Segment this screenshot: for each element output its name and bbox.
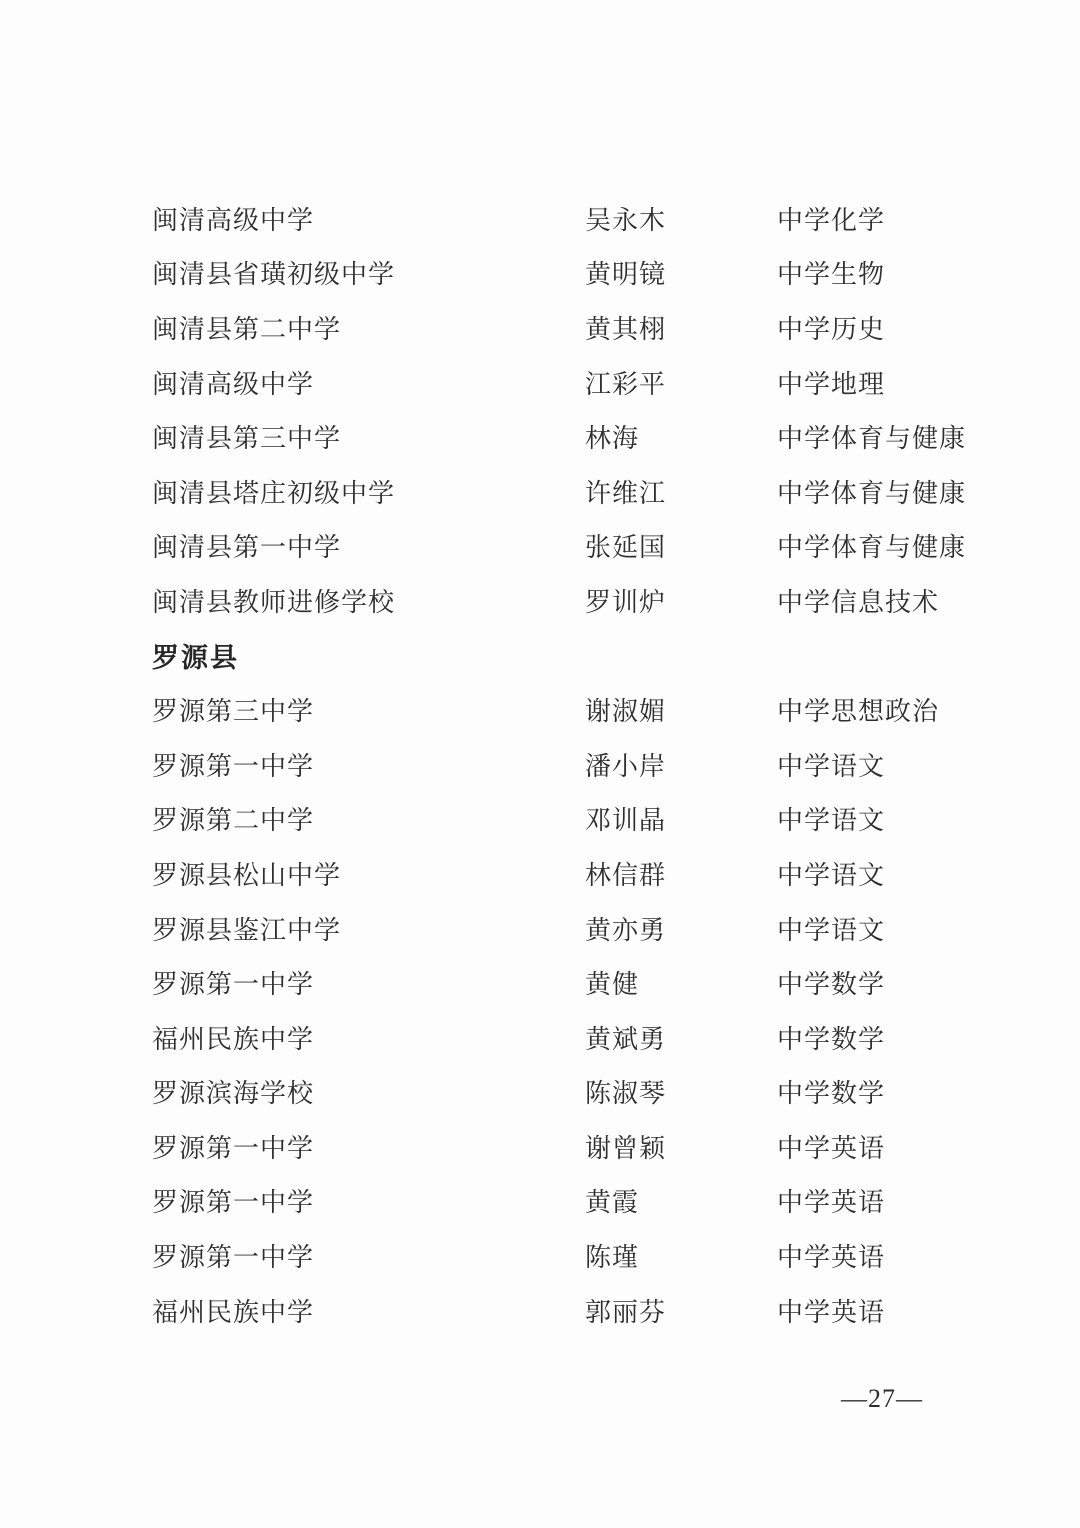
subject-cell: 中学历史 (777, 309, 1020, 346)
subject-cell: 中学生物 (777, 254, 1020, 291)
subject-cell: 中学英语 (777, 1128, 1020, 1165)
teacher-cell: 江彩平 (585, 364, 777, 401)
school-cell: 闽清县省璜初级中学 (152, 254, 585, 291)
teacher-cell: 罗训炉 (585, 582, 777, 619)
school-cell: 罗源第三中学 (152, 691, 585, 728)
school-cell: 罗源县松山中学 (152, 855, 585, 892)
school-cell: 罗源第一中学 (152, 1182, 585, 1219)
subject-cell: 中学语文 (777, 910, 1020, 947)
subject-cell: 中学体育与健康 (777, 418, 1020, 455)
subject-cell: 中学体育与健康 (777, 527, 1020, 564)
teacher-cell: 张延国 (585, 527, 777, 564)
teacher-cell: 林信群 (585, 855, 777, 892)
table-row: 福州民族中学 郭丽芬 中学英语 (152, 1283, 1020, 1338)
subject-cell: 中学语文 (777, 746, 1020, 783)
teacher-cell: 吴永木 (585, 200, 777, 237)
school-cell: 罗源第二中学 (152, 800, 585, 837)
school-cell: 福州民族中学 (152, 1292, 585, 1329)
subject-cell: 中学英语 (777, 1237, 1020, 1274)
teacher-cell: 邓训晶 (585, 800, 777, 837)
table-row: 闽清县塔庄初级中学 许维江 中学体育与健康 (152, 464, 1020, 519)
table-row: 罗源第一中学 陈瑾 中学英语 (152, 1228, 1020, 1283)
school-cell: 闽清高级中学 (152, 200, 585, 237)
table-row: 闽清县第一中学 张延国 中学体育与健康 (152, 519, 1020, 574)
award-list: 闽清高级中学 吴永木 中学化学 闽清县省璜初级中学 黄明镜 中学生物 闽清县第二… (152, 191, 1020, 1337)
teacher-cell: 陈瑾 (585, 1237, 777, 1274)
table-row: 闽清县第三中学 林海 中学体育与健康 (152, 409, 1020, 464)
school-cell: 闽清县第二中学 (152, 309, 585, 346)
table-row: 罗源滨海学校 陈淑琴 中学数学 (152, 1065, 1020, 1120)
table-row: 闽清高级中学 江彩平 中学地理 (152, 355, 1020, 410)
table-row: 闽清高级中学 吴永木 中学化学 (152, 191, 1020, 246)
teacher-cell: 陈淑琴 (585, 1073, 777, 1110)
section-header-row: 罗源县 (152, 628, 1020, 683)
teacher-cell: 郭丽芬 (585, 1292, 777, 1329)
teacher-cell: 黄霞 (585, 1182, 777, 1219)
table-row: 福州民族中学 黄斌勇 中学数学 (152, 1010, 1020, 1065)
subject-cell: 中学信息技术 (777, 582, 1020, 619)
school-cell: 闽清县第三中学 (152, 418, 585, 455)
school-cell: 闽清县教师进修学校 (152, 582, 585, 619)
subject-cell: 中学化学 (777, 200, 1020, 237)
school-cell: 罗源第一中学 (152, 1237, 585, 1274)
table-row: 罗源第一中学 潘小岸 中学语文 (152, 737, 1020, 792)
subject-cell: 中学数学 (777, 1019, 1020, 1056)
school-cell: 福州民族中学 (152, 1019, 585, 1056)
table-row: 罗源第二中学 邓训晶 中学语文 (152, 792, 1020, 847)
teacher-cell: 黄亦勇 (585, 910, 777, 947)
table-row: 闽清县教师进修学校 罗训炉 中学信息技术 (152, 573, 1020, 628)
school-cell: 闽清县塔庄初级中学 (152, 473, 585, 510)
school-cell: 罗源第一中学 (152, 1128, 585, 1165)
table-row: 罗源县鉴江中学 黄亦勇 中学语文 (152, 901, 1020, 956)
teacher-cell: 黄明镜 (585, 254, 777, 291)
school-cell: 罗源第一中学 (152, 964, 585, 1001)
school-cell: 闽清高级中学 (152, 364, 585, 401)
subject-cell: 中学语文 (777, 855, 1020, 892)
school-cell: 罗源第一中学 (152, 746, 585, 783)
subject-cell: 中学地理 (777, 364, 1020, 401)
subject-cell: 中学英语 (777, 1182, 1020, 1219)
table-row: 闽清县第二中学 黄其栩 中学历史 (152, 300, 1020, 355)
subject-cell: 中学数学 (777, 1073, 1020, 1110)
table-row: 闽清县省璜初级中学 黄明镜 中学生物 (152, 246, 1020, 301)
table-row: 罗源第一中学 谢曾颖 中学英语 (152, 1119, 1020, 1174)
school-cell: 闽清县第一中学 (152, 527, 585, 564)
teacher-cell: 许维江 (585, 473, 777, 510)
teacher-cell: 林海 (585, 418, 777, 455)
subject-cell: 中学数学 (777, 964, 1020, 1001)
subject-cell: 中学语文 (777, 800, 1020, 837)
teacher-cell: 黄斌勇 (585, 1019, 777, 1056)
subject-cell: 中学思想政治 (777, 691, 1020, 728)
teacher-cell: 黄其栩 (585, 309, 777, 346)
table-row: 罗源第一中学 黄健 中学数学 (152, 955, 1020, 1010)
teacher-cell: 谢淑媚 (585, 691, 777, 728)
subject-cell: 中学英语 (777, 1292, 1020, 1329)
school-cell: 罗源县鉴江中学 (152, 910, 585, 947)
table-row: 罗源第三中学 谢淑媚 中学思想政治 (152, 682, 1020, 737)
teacher-cell: 谢曾颖 (585, 1128, 777, 1165)
page-number: —27— (841, 1384, 923, 1414)
table-row: 罗源县松山中学 林信群 中学语文 (152, 846, 1020, 901)
table-row: 罗源第一中学 黄霞 中学英语 (152, 1174, 1020, 1229)
school-cell: 罗源滨海学校 (152, 1073, 585, 1110)
subject-cell: 中学体育与健康 (777, 473, 1020, 510)
section-header-label: 罗源县 (152, 636, 239, 675)
teacher-cell: 潘小岸 (585, 746, 777, 783)
teacher-cell: 黄健 (585, 964, 777, 1001)
document-page: 闽清高级中学 吴永木 中学化学 闽清县省璜初级中学 黄明镜 中学生物 闽清县第二… (0, 0, 1080, 1528)
